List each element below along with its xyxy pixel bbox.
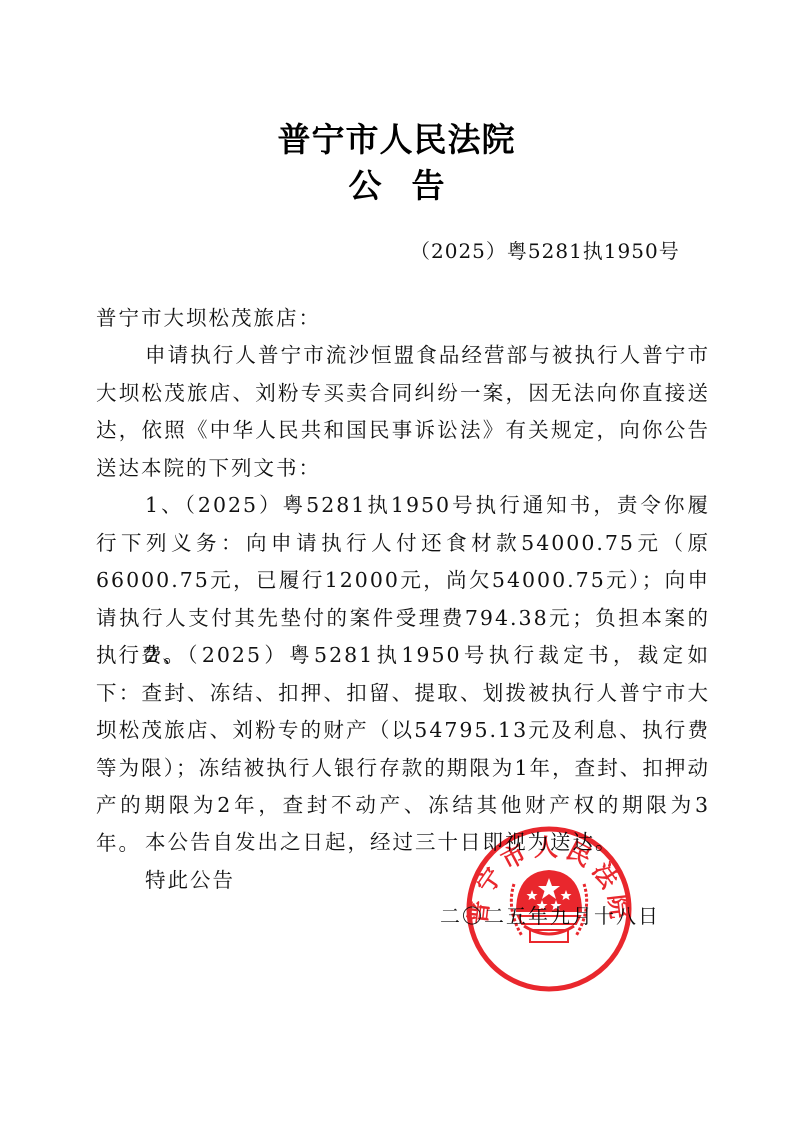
case-number: （2025）粤5281执1950号 (410, 235, 680, 264)
document-type-title: 公告 (0, 160, 793, 207)
court-name-title: 普宁市人民法院 (0, 114, 793, 161)
court-seal-icon: 普宁市人民法院 (464, 824, 634, 994)
intro-paragraph: 申请执行人普宁市流沙恒盟食品经营部与被执行人普宁市大坝松茂旅店、刘粉专买卖合同纠… (96, 337, 710, 487)
addressee: 普宁市大坝松茂旅店： (96, 300, 710, 338)
emblem-icon (511, 870, 586, 942)
